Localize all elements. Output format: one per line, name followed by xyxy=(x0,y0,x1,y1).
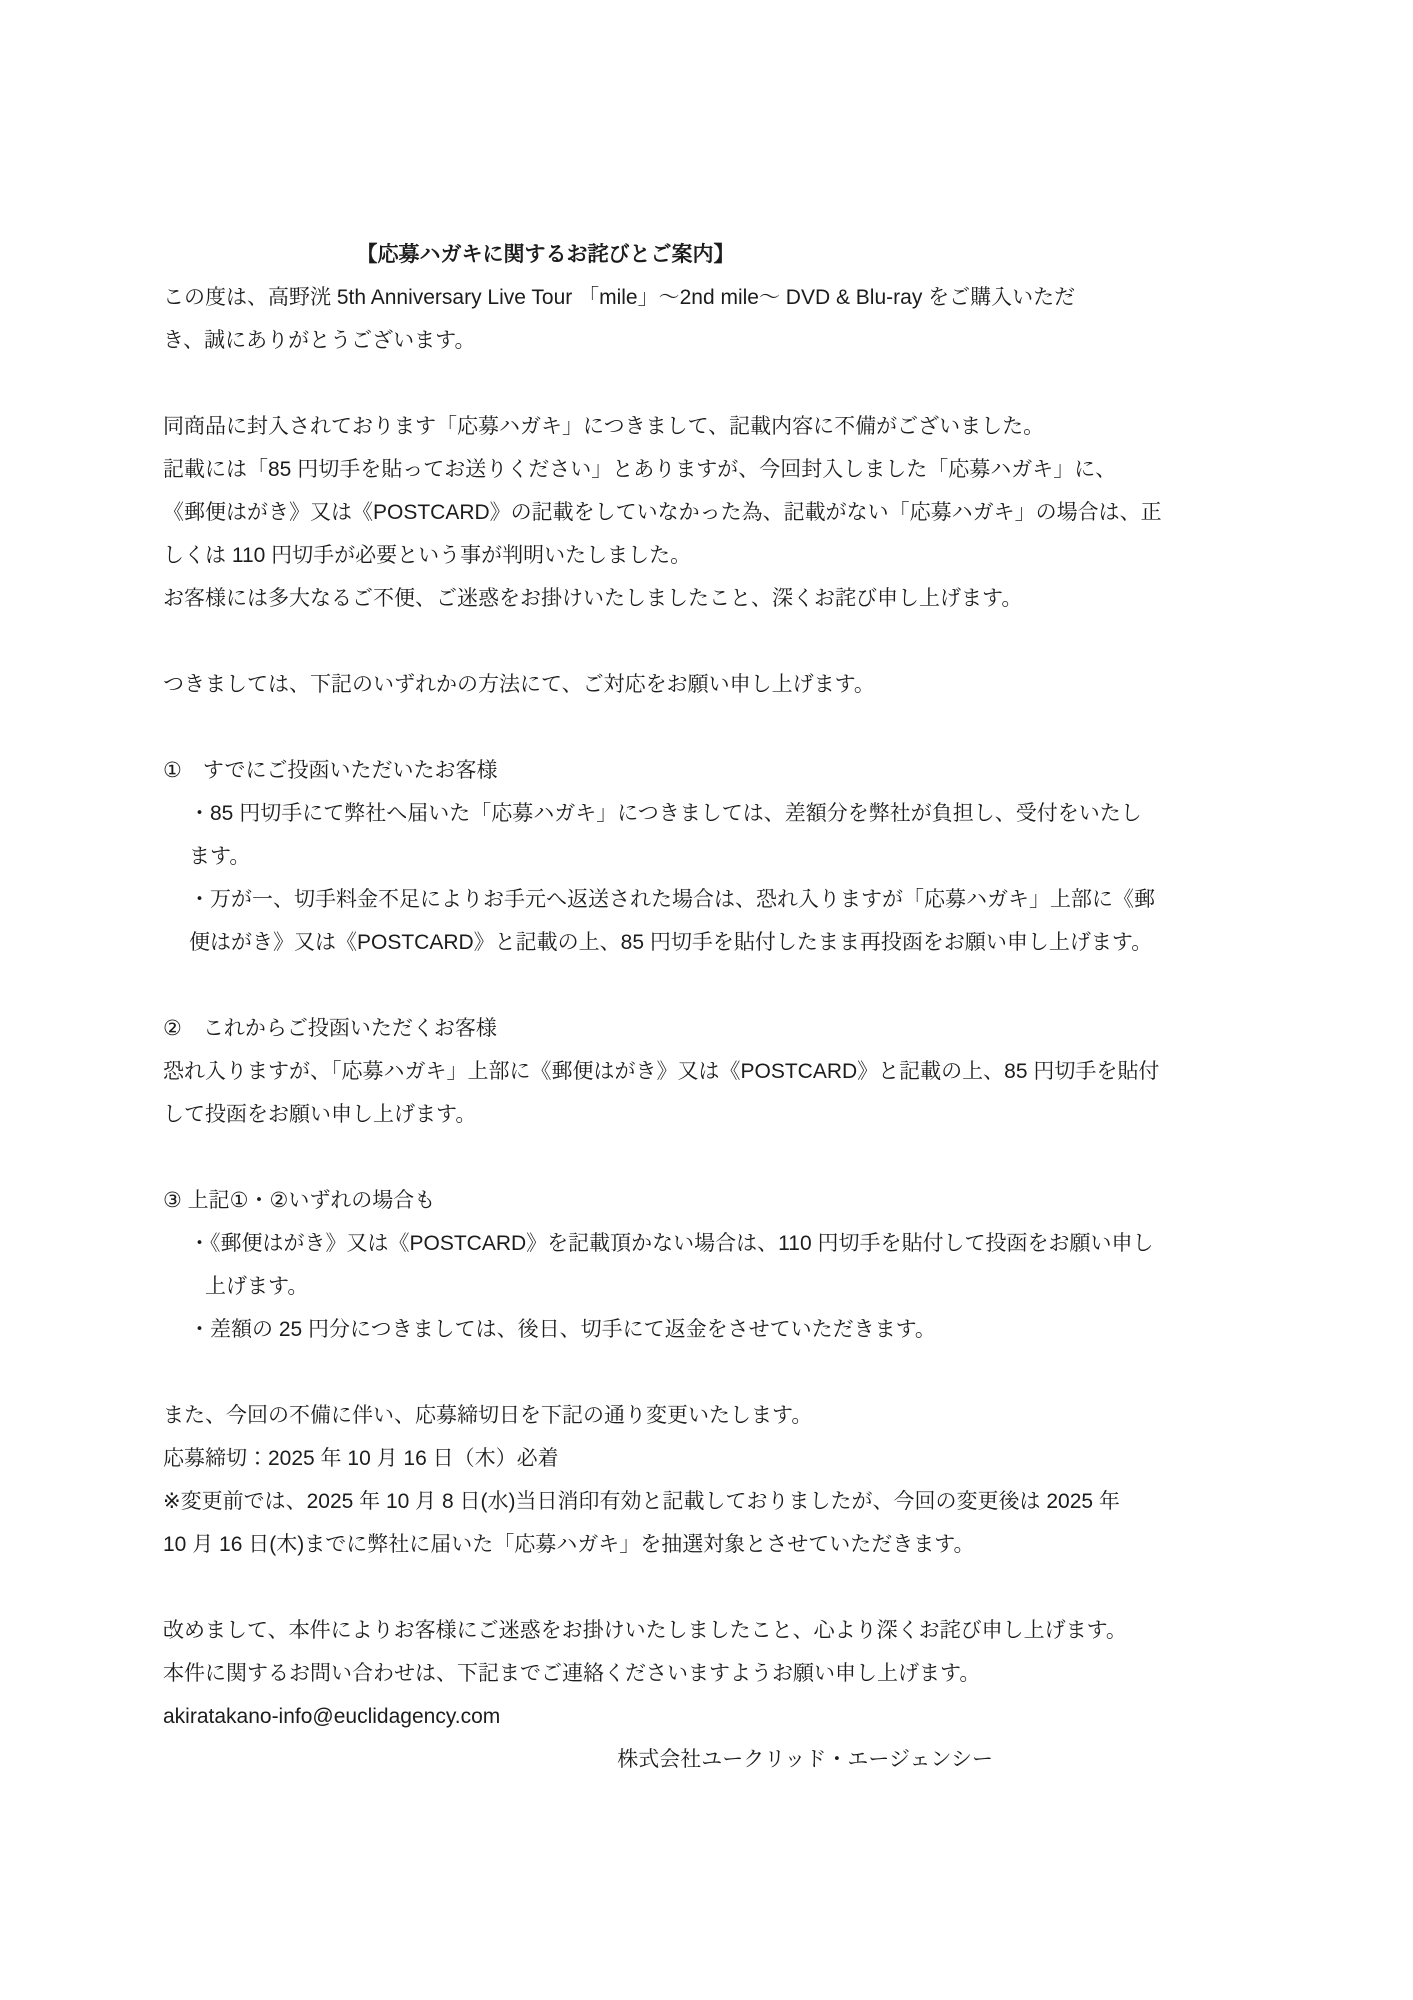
blank-line xyxy=(163,706,1258,749)
text-line: 恐れ入りますが、「応募ハガキ」上部に《郵便はがき》又は《POSTCARD》と記載… xyxy=(163,1050,1258,1093)
document-body: この度は、高野洸 5th Anniversary Live Tour 「mile… xyxy=(163,276,1258,1781)
text-line: 改めまして、本件によりお客様にご迷惑をお掛けいたしましたこと、心より深くお詫び申… xyxy=(163,1609,1258,1652)
text-line: ます。 xyxy=(163,835,1258,878)
blank-line xyxy=(163,964,1258,1007)
text-line: 応募締切：2025 年 10 月 16 日（木）必着 xyxy=(163,1437,1258,1480)
text-line: ・《郵便はがき》又は《POSTCARD》を記載頂かない場合は、110 円切手を貼… xyxy=(163,1222,1258,1265)
blank-line xyxy=(163,362,1258,405)
text-line: 上げます。 xyxy=(163,1265,1258,1308)
contact-email: akiratakano-info@euclidagency.com xyxy=(163,1695,1258,1738)
company-signature: 株式会社ユークリッド・エージェンシー xyxy=(163,1738,1258,1781)
text-line: ・万が一、切手料金不足によりお手元へ返送された場合は、恐れ入りますが「応募ハガキ… xyxy=(163,878,1258,921)
text-line: お客様には多大なるご不便、ご迷惑をお掛けいたしましたこと、深くお詫び申し上げます… xyxy=(163,577,1258,620)
text-line: 記載には「85 円切手を貼ってお送りください」とありますが、今回封入しました「応… xyxy=(163,448,1258,491)
blank-line xyxy=(163,1566,1258,1609)
text-line: 本件に関するお問い合わせは、下記までご連絡くださいますようお願い申し上げます。 xyxy=(163,1652,1258,1695)
text-line: き、誠にありがとうございます。 xyxy=(163,319,1258,362)
text-line: ・85 円切手にて弊社へ届いた「応募ハガキ」につきましては、差額分を弊社が負担し… xyxy=(163,792,1258,835)
text-line: ※変更前では、2025 年 10 月 8 日(水)当日消印有効と記載しておりまし… xyxy=(163,1480,1258,1523)
text-line: ③ 上記①・②いずれの場合も xyxy=(163,1179,1258,1222)
text-line: ・差額の 25 円分につきましては、後日、切手にて返金をさせていただきます。 xyxy=(163,1308,1258,1351)
document-page: 【応募ハガキに関するお詫びとご案内】 この度は、高野洸 5th Annivers… xyxy=(0,0,1413,2000)
text-line: 《郵便はがき》又は《POSTCARD》の記載をしていなかった為、記載がない「応募… xyxy=(163,491,1258,534)
text-line: 同商品に封入されております「応募ハガキ」につきまして、記載内容に不備がございまし… xyxy=(163,405,1258,448)
blank-line xyxy=(163,1351,1258,1394)
text-line: また、今回の不備に伴い、応募締切日を下記の通り変更いたします。 xyxy=(163,1394,1258,1437)
text-line: この度は、高野洸 5th Anniversary Live Tour 「mile… xyxy=(163,276,1258,319)
blank-line xyxy=(163,620,1258,663)
text-line: 便はがき》又は《POSTCARD》と記載の上、85 円切手を貼付したまま再投函を… xyxy=(163,921,1258,964)
text-line: 10 月 16 日(木)までに弊社に届いた「応募ハガキ」を抽選対象とさせていただ… xyxy=(163,1523,1258,1566)
document-title: 【応募ハガキに関するお詫びとご案内】 xyxy=(163,233,1258,276)
text-line: ② これからご投函いただくお客様 xyxy=(163,1007,1258,1050)
text-line: して投函をお願い申し上げます。 xyxy=(163,1093,1258,1136)
document-content: 【応募ハガキに関するお詫びとご案内】 この度は、高野洸 5th Annivers… xyxy=(0,0,1413,1781)
blank-line xyxy=(163,1136,1258,1179)
text-line: つきましては、下記のいずれかの方法にて、ご対応をお願い申し上げます。 xyxy=(163,663,1258,706)
text-line: ① すでにご投函いただいたお客様 xyxy=(163,749,1258,792)
text-line: しくは 110 円切手が必要という事が判明いたしました。 xyxy=(163,534,1258,577)
